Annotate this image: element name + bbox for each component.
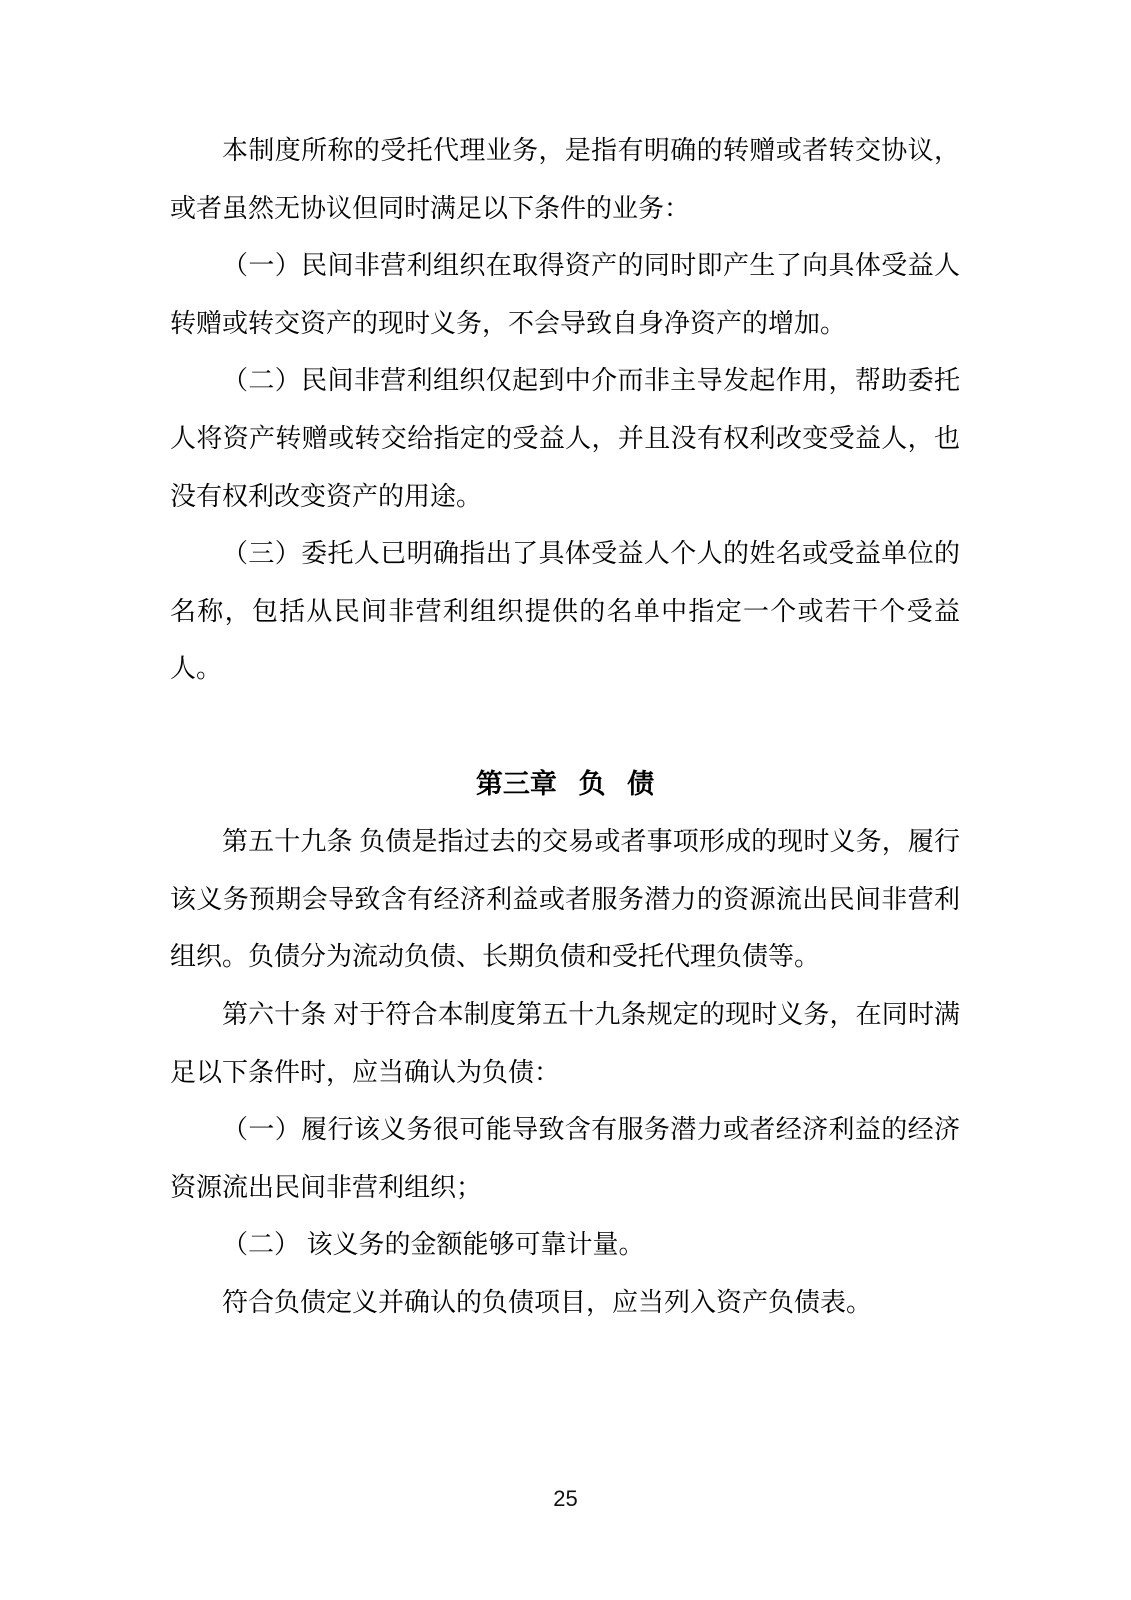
paragraph-article-60: 第六十条 对于符合本制度第五十九条规定的现时义务，在同时满足以下条件时，应当确认…	[170, 986, 960, 1101]
paragraph-article-60-item-2: （二） 该义务的金额能够可靠计量。	[170, 1216, 960, 1274]
paragraph-condition-item-2: （二）民间非营利组织仅起到中介而非主导发起作用，帮助委托人将资产转赠或转交给指定…	[170, 352, 960, 525]
document-page: 本制度所称的受托代理业务，是指有明确的转赠或者转交协议，或者虽然无协议但同时满足…	[0, 0, 1131, 1600]
paragraph-article-60-item-1: （一）履行该义务很可能导致含有服务潜力或者经济利益的经济资源流出民间非营利组织；	[170, 1101, 960, 1216]
paragraph-article-59: 第五十九条 负债是指过去的交易或者事项形成的现时义务，履行该义务预期会导致含有经…	[170, 813, 960, 986]
document-content: 本制度所称的受托代理业务，是指有明确的转赠或者转交协议，或者虽然无协议但同时满足…	[170, 122, 960, 1331]
page-number: 25	[553, 1486, 577, 1511]
paragraph-condition-item-3: （三）委托人已明确指出了具体受益人个人的姓名或受益单位的名称，包括从民间非营利组…	[170, 525, 960, 698]
page-footer: 25	[0, 1486, 1131, 1512]
paragraph-condition-item-1: （一）民间非营利组织在取得资产的同时即产生了向具体受益人转赠或转交资产的现时义务…	[170, 237, 960, 352]
paragraph-entrusted-agency-intro: 本制度所称的受托代理业务，是指有明确的转赠或者转交协议，或者虽然无协议但同时满足…	[170, 122, 960, 237]
paragraph-article-60-closing: 符合负债定义并确认的负债项目，应当列入资产负债表。	[170, 1274, 960, 1332]
chapter-heading: 第三章 负 债	[170, 756, 960, 814]
